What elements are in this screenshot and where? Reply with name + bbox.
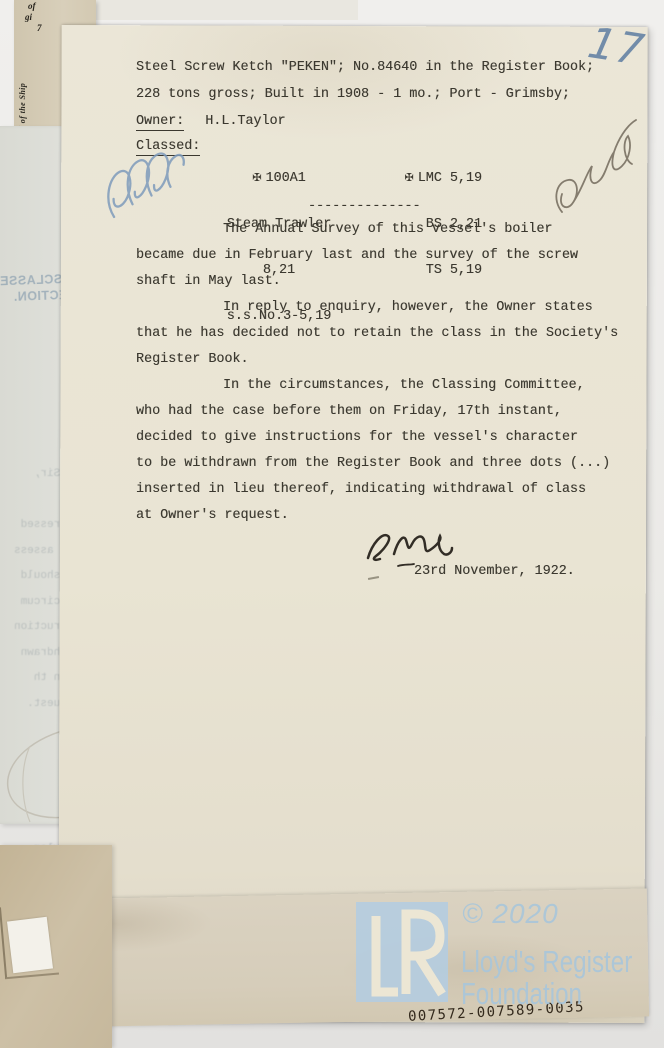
body-line: In the circumstances, the Classing Commi…	[223, 378, 585, 393]
watermark-org-name-line1: Lloyd's Register	[461, 944, 632, 980]
owner-label: Owner:	[136, 114, 184, 131]
watermark-org-name-line2: Foundation	[461, 976, 582, 1012]
class-value: LMC 5,19	[418, 171, 482, 186]
header-line: Steel Screw Ketch "PEKEN"; No.84640 in t…	[136, 60, 594, 75]
owner-line: Owner:H.L.Taylor	[136, 114, 286, 129]
maltese-cross-icon: ✠	[404, 171, 413, 184]
body-line: inserted in lieu thereof, indicating wit…	[136, 482, 586, 497]
body-line: In reply to enquiry, however, the Owner …	[223, 300, 593, 315]
body-line: at Owner's request.	[136, 508, 289, 523]
body-line: decided to give instructions for the ves…	[136, 430, 578, 445]
blue-pencil-scribble	[96, 144, 200, 227]
pencil-initials-annotation	[548, 116, 648, 236]
scanned-document-page: of gi 7 d of the Ship DISCLASSED SECTION…	[0, 0, 664, 1048]
class-notation: ✠100A1	[203, 170, 355, 186]
body-line: that he has decided not to retain the cl…	[136, 326, 618, 341]
watermark-copyright: © 2020	[462, 898, 559, 930]
header-line: 228 tons gross; Built in 1908 - 1 mo.; P…	[136, 87, 570, 102]
body-line: The Annual Survey of this vessel's boile…	[223, 222, 552, 237]
body-line: became due in February last and the surv…	[136, 248, 578, 263]
class-notation: TS 5,19	[384, 263, 482, 278]
class-value: 100A1	[266, 171, 306, 186]
maltese-cross-icon: ✠	[252, 171, 261, 184]
signature-initials	[364, 528, 456, 572]
lloyds-register-logo	[356, 902, 448, 1002]
class-notation: ✠LMC 5,19	[384, 170, 482, 186]
separator-dashes: --------------	[308, 199, 421, 214]
body-line: Register Book.	[136, 352, 249, 367]
body-line: shaft in May last.	[136, 274, 281, 289]
owner-value: H.L.Taylor	[205, 114, 285, 129]
body-line: to be withdrawn from the Register Book a…	[136, 456, 610, 471]
body-line: who had the case before them on Friday, …	[136, 404, 562, 419]
